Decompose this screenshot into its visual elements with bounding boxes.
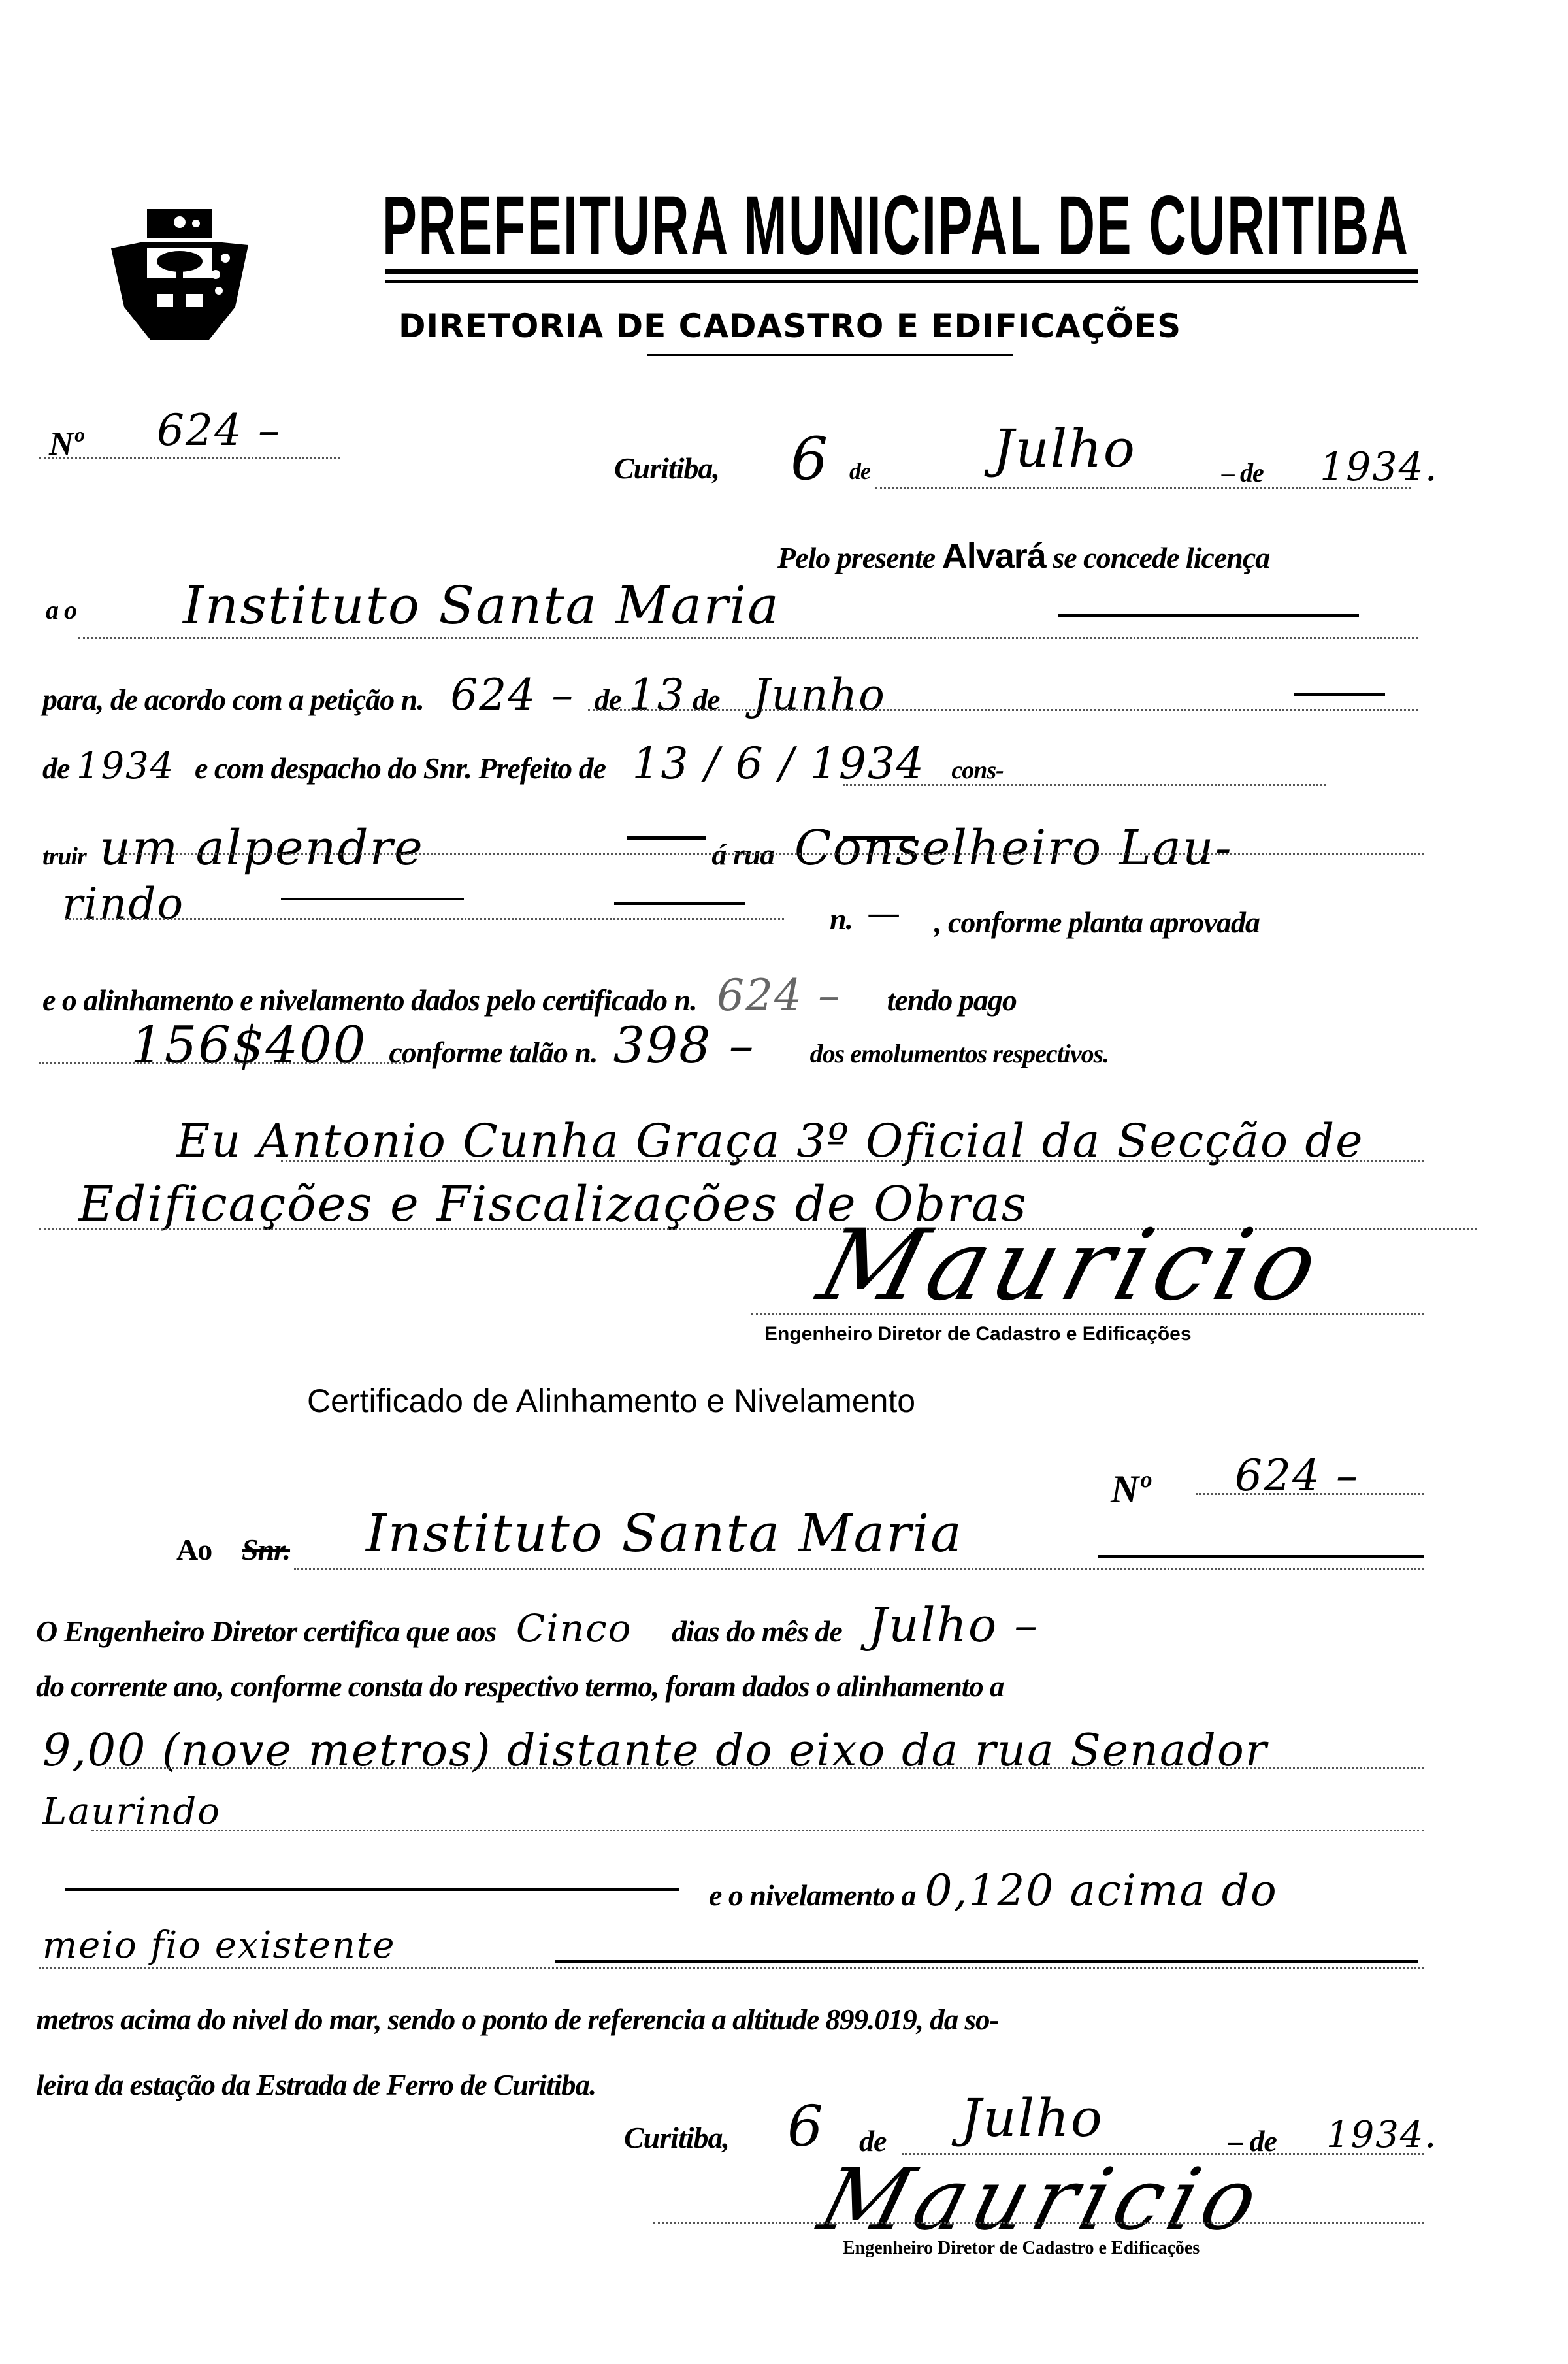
cert-year: 1934.: [1326, 2114, 1437, 2156]
alvara-grantee: Instituto Santa Maria: [183, 575, 780, 636]
cert-line7: metros acima do nivel do mar, sendo o po…: [36, 2003, 998, 2037]
alvara-year: 1934.: [1320, 444, 1439, 490]
alvara-grantee-label: a o: [46, 595, 76, 625]
alvara-street-no-label: n.: [830, 902, 853, 936]
alvara-day: 6: [791, 425, 829, 493]
cert-line4: Laurindo: [42, 1790, 221, 1833]
alvara-line4: de 1934 e com despacho do Snr. Prefeito …: [42, 738, 1004, 789]
cert-to-value: Instituto Santa Maria: [366, 1503, 963, 1564]
alvara-line3: para, de acordo com a petição n. 624 – d…: [42, 670, 886, 720]
title-rule: [385, 280, 1418, 283]
alvara-street-no: —: [869, 895, 898, 930]
subtitle-rule: [647, 354, 1013, 356]
cert-signature: Mauricio: [810, 2150, 1275, 2249]
cert-city: Curitiba,: [624, 2120, 729, 2155]
alvara-line1: Pelo presente Alvará se concede licença: [777, 536, 1269, 576]
cert-line8: leira da estação da Estrada de Ferro de …: [36, 2068, 596, 2102]
cert-day: 6: [787, 2094, 825, 2159]
page-title: PREFEITURA MUNICIPAL DE CURITIBA: [382, 178, 1410, 274]
cert-to-label: Ao: [176, 1532, 212, 1567]
alvara-de2: – de: [1222, 457, 1264, 488]
alvara-number: 624 –: [157, 405, 281, 455]
coat-of-arms-icon: [105, 209, 255, 353]
cert-month: Julho: [960, 2088, 1103, 2148]
alvara-line7: e o alinhamento e nivelamento dados pelo…: [42, 970, 1017, 1021]
cert-to-struck: Snr.: [242, 1532, 290, 1567]
cert-number-label: Nº: [1111, 1467, 1149, 1512]
alvara-signature-caption: Engenheiro Diretor de Cadastro e Edifica…: [764, 1323, 1192, 1345]
alvara-planta: , conforme planta aprovada: [934, 905, 1260, 940]
cert-line6: meio fio existente: [42, 1924, 396, 1967]
alvara-line5: truir um alpendre á rua Conselheiro Lau-: [42, 820, 1233, 876]
page-subtitle: DIRETORIA DE CADASTRO E EDIFICAÇÕES: [399, 307, 1181, 345]
alvara-month: Julho: [993, 418, 1136, 479]
cert-signature-caption: Engenheiro Diretor de Cadastro e Edifica…: [843, 2238, 1200, 2259]
certificado-title: Certificado de Alinhamento e Nivelamento: [307, 1382, 915, 1420]
cert-line5: e o nivelamento a 0,120 acima do: [709, 1865, 1278, 1916]
cert-line1: O Engenheiro Diretor certifica que aos C…: [36, 1598, 1039, 1652]
alvara-city: Curitiba,: [614, 451, 719, 485]
alvara-street-cont: rindo: [62, 879, 184, 929]
title-rule: [385, 269, 1418, 274]
alvara-de: de: [849, 457, 870, 485]
alvara-signature: Mauricio: [808, 1209, 1336, 1322]
cert-line2: do corrente ano, conforme consta do resp…: [36, 1669, 1004, 1703]
alvara-line8: 156$400 conforme talão n. 398 – dos emol…: [131, 1016, 1109, 1075]
